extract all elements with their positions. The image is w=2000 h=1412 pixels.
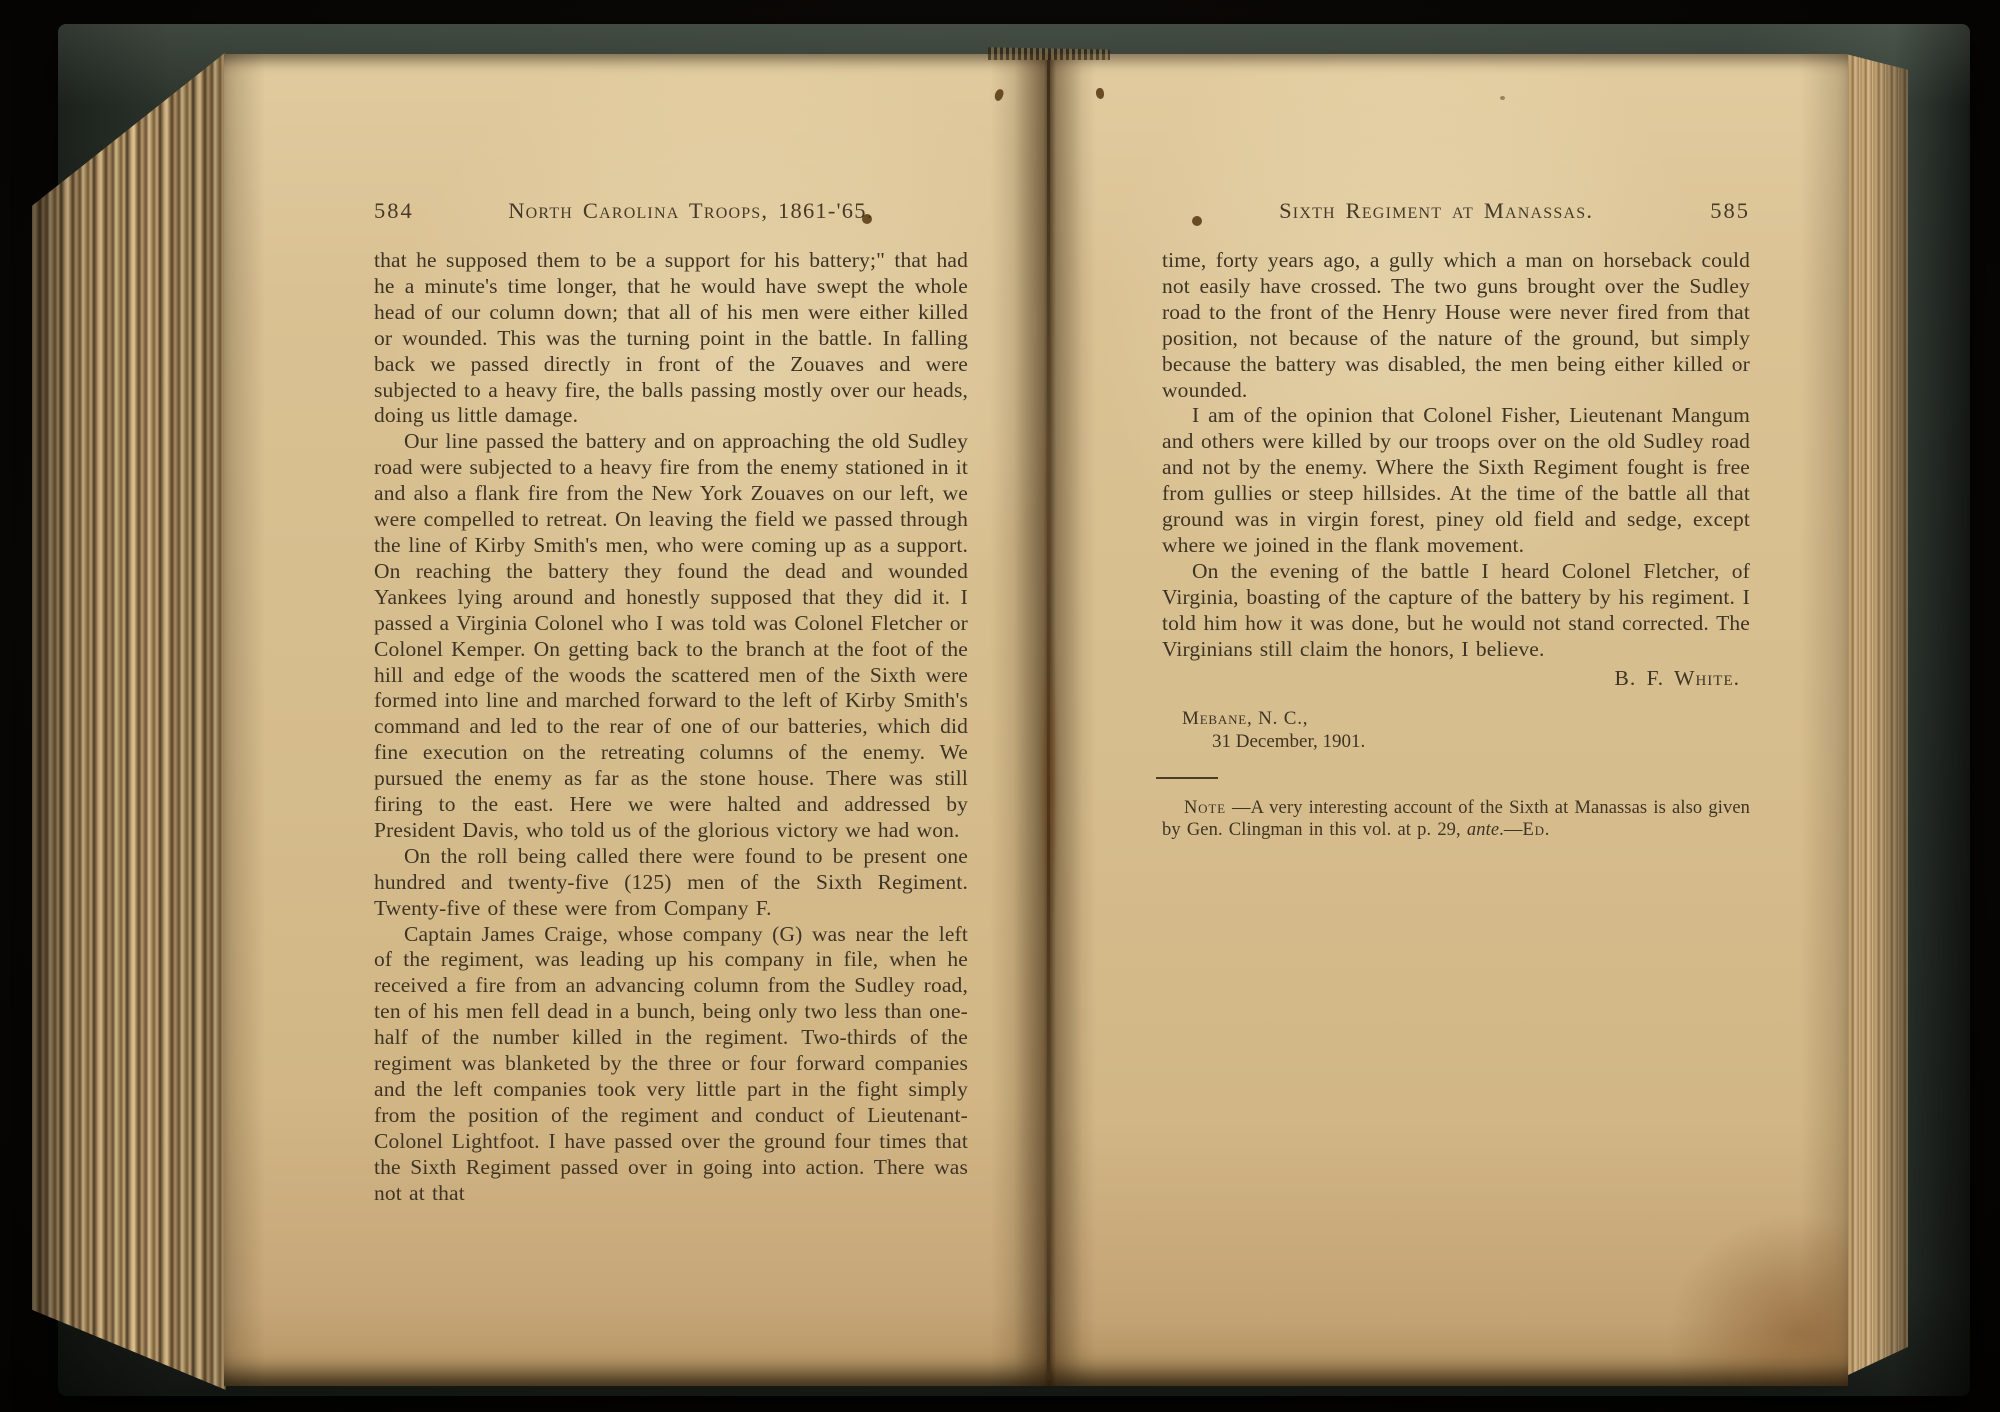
dateline-date: 31 December, 1901.: [1162, 730, 1750, 753]
body-paragraph: Our line passed the battery and on appro…: [374, 429, 968, 844]
footnote-text-after: .—: [1499, 820, 1522, 840]
page-edges-left: [32, 52, 226, 1390]
author-signature: B. F. White.: [1162, 665, 1750, 691]
left-page-text-column: 584 North Carolina Troops, 1861-'65. tha…: [374, 198, 968, 1207]
footnote-rule: [1156, 777, 1218, 779]
left-running-head: 584 North Carolina Troops, 1861-'65.: [374, 198, 968, 224]
footnote-label: Note: [1184, 798, 1226, 818]
foxing-spot: [1192, 216, 1202, 226]
editor-footnote: Note —A very interesting account of the …: [1162, 797, 1750, 842]
right-running-head: Sixth Regiment at Manassas. 585: [1162, 198, 1750, 224]
dateline-place: Mebane, N. C.,: [1162, 707, 1750, 730]
right-page-number: 585: [1710, 198, 1750, 224]
foxing-spot: [1500, 96, 1505, 100]
right-body-text: time, forty years ago, a gully which a m…: [1162, 248, 1750, 663]
footnote-editor: Ed.: [1522, 820, 1550, 840]
gutter-crease: [1047, 58, 1050, 1380]
body-paragraph: that he supposed them to be a support fo…: [374, 248, 968, 429]
body-paragraph: time, forty years ago, a gully which a m…: [1162, 248, 1750, 403]
right-page: Sixth Regiment at Manassas. 585 time, fo…: [1048, 54, 1848, 1386]
book-photograph: 584 North Carolina Troops, 1861-'65. tha…: [0, 0, 2000, 1412]
page-edges-right: [1846, 50, 1908, 1380]
left-page: 584 North Carolina Troops, 1861-'65. tha…: [224, 54, 1048, 1386]
right-header-title: Sixth Regiment at Manassas.: [1162, 198, 1710, 224]
right-page-text-column: Sixth Regiment at Manassas. 585 time, fo…: [1162, 198, 1750, 842]
body-paragraph: Captain James Craige, whose company (G) …: [374, 922, 968, 1207]
dateline: Mebane, N. C., 31 December, 1901.: [1162, 707, 1750, 753]
footnote-italic-word: ante: [1467, 820, 1499, 840]
left-page-number: 584: [374, 198, 414, 224]
left-body-text: that he supposed them to be a support fo…: [374, 248, 968, 1207]
body-paragraph: I am of the opinion that Colonel Fisher,…: [1162, 403, 1750, 558]
footnote-text: —A very interesting account of the Sixth…: [1162, 798, 1750, 841]
left-header-title: North Carolina Troops, 1861-'65.: [414, 198, 968, 224]
body-paragraph: On the evening of the battle I heard Col…: [1162, 559, 1750, 663]
body-paragraph: On the roll being called there were foun…: [374, 844, 968, 922]
foxing-spot: [862, 214, 872, 224]
